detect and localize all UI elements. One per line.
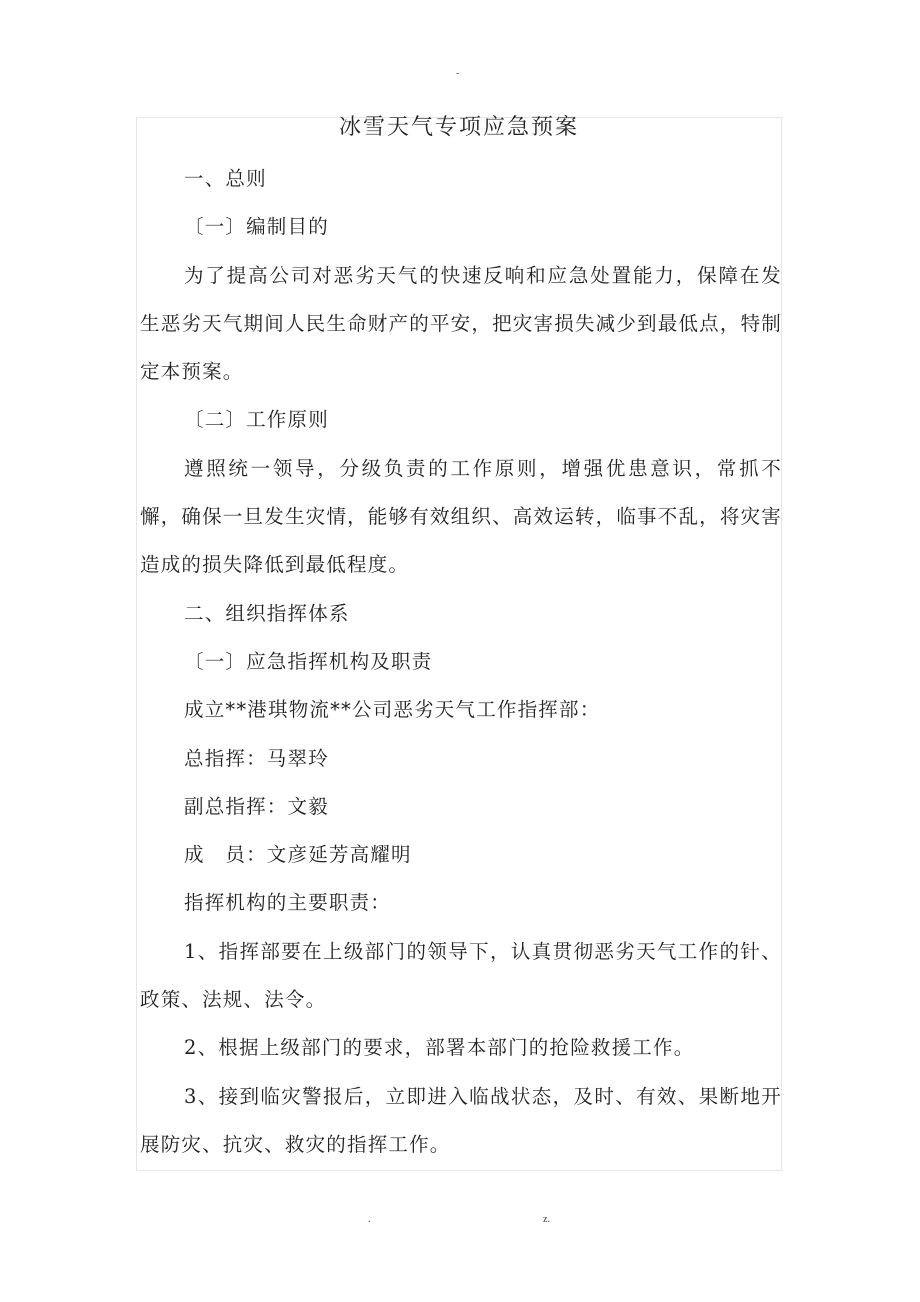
document-title: 冰雪天气专项应急预案 [136, 110, 782, 141]
footer-right-mark: z. [543, 1214, 550, 1225]
commander-line: 总指挥：马翠玲 [140, 735, 782, 783]
duties-heading: 指挥机构的主要职责： [140, 879, 782, 927]
deputy-commander-line: 副总指挥：文毅 [140, 783, 782, 831]
paragraph-purpose: 为了提高公司对恶劣天气的快速反响和应急处置能力，保障在发生恶劣天气期间人民生命财… [140, 252, 782, 397]
subheading-command-structure: 〔一〕应急指挥机构及职责 [140, 638, 782, 686]
section-heading-general: 一、总则 [140, 155, 782, 203]
section-heading-organization: 二、组织指挥体系 [140, 590, 782, 638]
paragraph-establish-hq: 成立**港琪物流**公司恶劣天气工作指挥部： [140, 686, 782, 734]
document-body: 一、总则 〔一〕编制目的 为了提高公司对恶劣天气的快速反响和应急处置能力，保障在… [140, 155, 782, 1169]
duty-item-3: 3、接到临灾警报后，立即进入临战状态，及时、有效、果断地开展防灾、抗灾、救灾的指… [140, 1073, 782, 1170]
members-line: 成 员：文彦延芳高耀明 [140, 831, 782, 879]
duty-item-2: 2、根据上级部门的要求，部署本部门的抢险救援工作。 [140, 1024, 782, 1072]
page-header-mark: - [456, 68, 459, 79]
duty-item-1: 1、指挥部要在上级部门的领导下，认真贯彻恶劣天气工作的针、政策、法规、法令。 [140, 928, 782, 1025]
subheading-principles: 〔二〕工作原则 [140, 396, 782, 444]
subheading-purpose: 〔一〕编制目的 [140, 203, 782, 251]
footer-left-mark: . [368, 1214, 371, 1225]
paragraph-principles: 遵照统一领导，分级负责的工作原则，增强优患意识，常抓不懈，确保一旦发生灾情，能够… [140, 445, 782, 590]
